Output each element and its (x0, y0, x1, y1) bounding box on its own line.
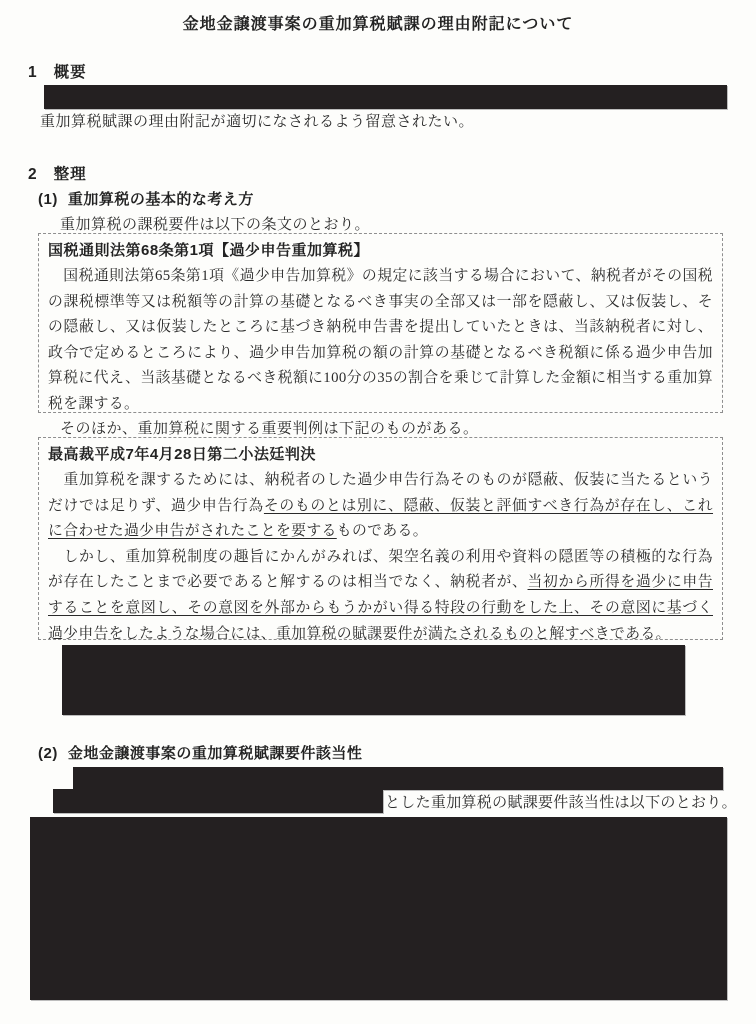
case-box-paragraph-1: 重加算税を課するためには、納税者のした過少申告行為そのものが隠蔽、仮装に当たると… (48, 468, 713, 545)
subsection-1-heading: (1)重加算税の基本的な考え方 (38, 188, 254, 209)
document-title: 金地金譲渡事案の重加算税賦課の理由附記について (0, 11, 756, 34)
case-box-paragraph-2: しかし、重加算税制度の趣旨にかんがみれば、架空名義の利用や資料の隠匿等の積極的な… (48, 545, 713, 640)
redaction-block-analysis (30, 817, 727, 1000)
case-quote-box: 最高裁平成7年4月28日第二小法廷判決 重加算税を課するためには、納税者のした過… (38, 437, 723, 640)
section-2-heading: 2整理 (28, 162, 87, 184)
section-1-label: 概要 (54, 64, 87, 81)
redaction-block-case-comment (62, 645, 685, 715)
section-1-number: 1 (28, 64, 38, 82)
case-box-title: 最高裁平成7年4月28日第二小法廷判決 (48, 441, 713, 468)
section-2-number: 2 (28, 166, 38, 184)
document-page: 金地金譲渡事案の重加算税賦課の理由附記について 1概要 重加算税賦課の理由附記が… (0, 0, 756, 1024)
redaction-bar-line-2 (53, 789, 383, 813)
law-box-body: 国税通則法第65条第1項《過少申告加算税》の規定に該当する場合において、納税者が… (48, 264, 713, 413)
redaction-bar-line-1 (73, 767, 723, 790)
subsection-2-label: 金地金譲渡事案の重加算税賦課要件該当性 (68, 745, 363, 762)
section-2-label: 整理 (54, 166, 87, 183)
redaction-bar-overview (44, 85, 727, 109)
section-1-heading: 1概要 (28, 60, 87, 82)
subsection-2-number: (2) (38, 745, 58, 762)
subsection-1-label: 重加算税の基本的な考え方 (68, 191, 254, 208)
redacted-line-with-tail: とした重加算税の賦課要件該当性は以下のとおり。 (53, 789, 728, 813)
overview-body-text: 重加算税賦課の理由附記が適切になされるよう留意されたい。 (40, 111, 720, 133)
visible-tail-text: とした重加算税の賦課要件該当性は以下のとおり。 (385, 791, 737, 812)
law-quote-box: 国税通則法第68条第1項【過少申告重加算税】 国税通則法第65条第1項《過少申告… (38, 233, 723, 413)
subsection-2-heading: (2)金地金譲渡事案の重加算税賦課要件該当性 (38, 742, 362, 763)
subsection-1-number: (1) (38, 191, 58, 208)
law-box-title: 国税通則法第68条第1項【過少申告重加算税】 (48, 237, 713, 264)
